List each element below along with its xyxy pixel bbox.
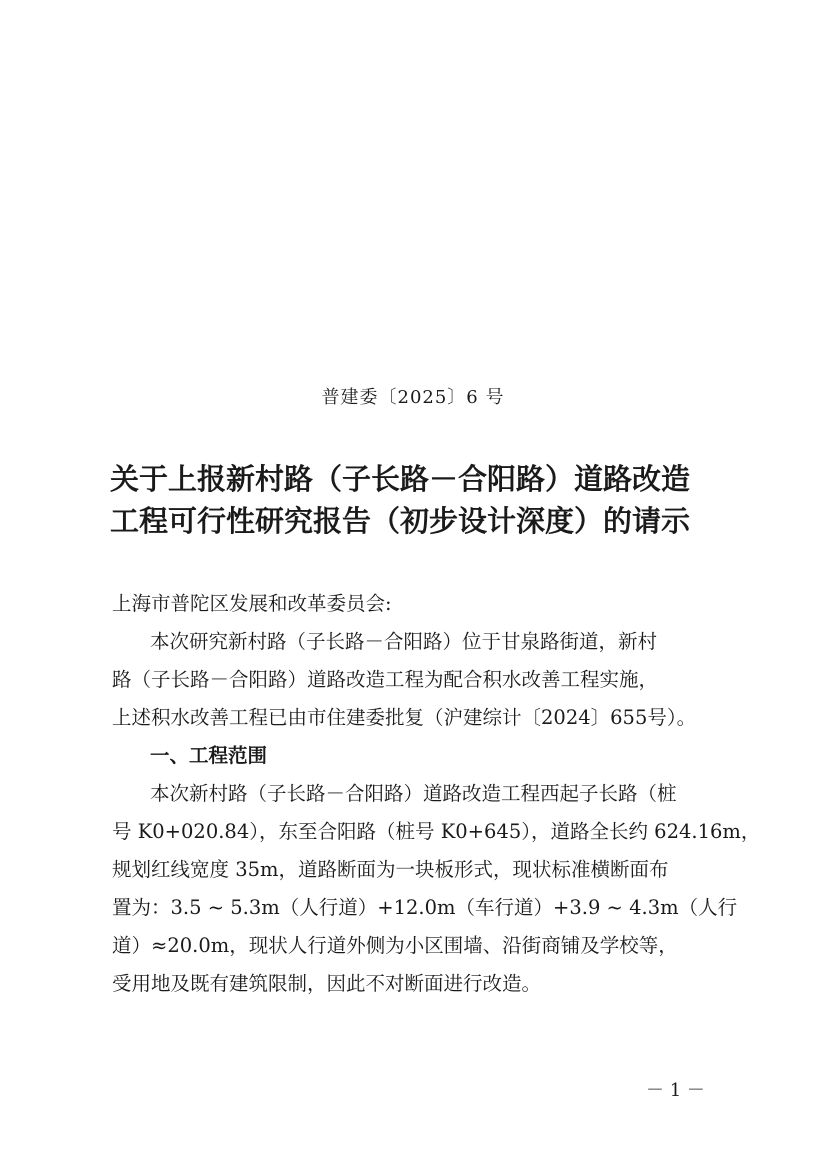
paragraph-2-line-2: 号 K0+020.84），东至合阳路（桩号 K0+645），道路全长约 624.… [112,813,732,851]
paragraph-2-line-1: 本次新村路（子长路－合阳路）道路改造工程西起子长路（桩 [112,775,732,813]
paragraph-1-line-1: 本次研究新村路（子长路－合阳路）位于甘泉路街道，新村 [112,623,732,661]
document-title: 关于上报新村路（子长路－合阳路）道路改造 工程可行性研究报告（初步设计深度）的请… [110,458,730,542]
document-number: 普建委〔2025〕6 号 [0,383,826,409]
title-line-2: 工程可行性研究报告（初步设计深度）的请示 [110,500,730,542]
page-number: － 1 － [646,1076,705,1102]
paragraph-1-line-2: 路（子长路－合阳路）道路改造工程为配合积水改善工程实施， [112,661,732,699]
paragraph-2-line-6: 受用地及既有建筑限制，因此不对断面进行改造。 [112,965,732,1003]
paragraph-2-line-3: 规划红线宽度 35m，道路断面为一块板形式，现状标准横断面布 [112,851,732,889]
paragraph-1-line-3: 上述积水改善工程已由市住建委批复（沪建综计〔2024〕655号）。 [112,699,732,737]
document-body: 上海市普陀区发展和改革委员会: 本次研究新村路（子长路－合阳路）位于甘泉路街道，… [112,585,732,1003]
paragraph-2-line-4: 置为：3.5 ~ 5.3m（人行道）+12.0m（车行道）+3.9 ~ 4.3m… [112,889,732,927]
title-line-1: 关于上报新村路（子长路－合阳路）道路改造 [110,458,730,500]
addressee: 上海市普陀区发展和改革委员会: [112,585,732,623]
section-heading: 一、工程范围 [112,737,732,775]
paragraph-2-line-5: 道）≈20.0m，现状人行道外侧为小区围墙、沿街商铺及学校等， [112,927,732,965]
